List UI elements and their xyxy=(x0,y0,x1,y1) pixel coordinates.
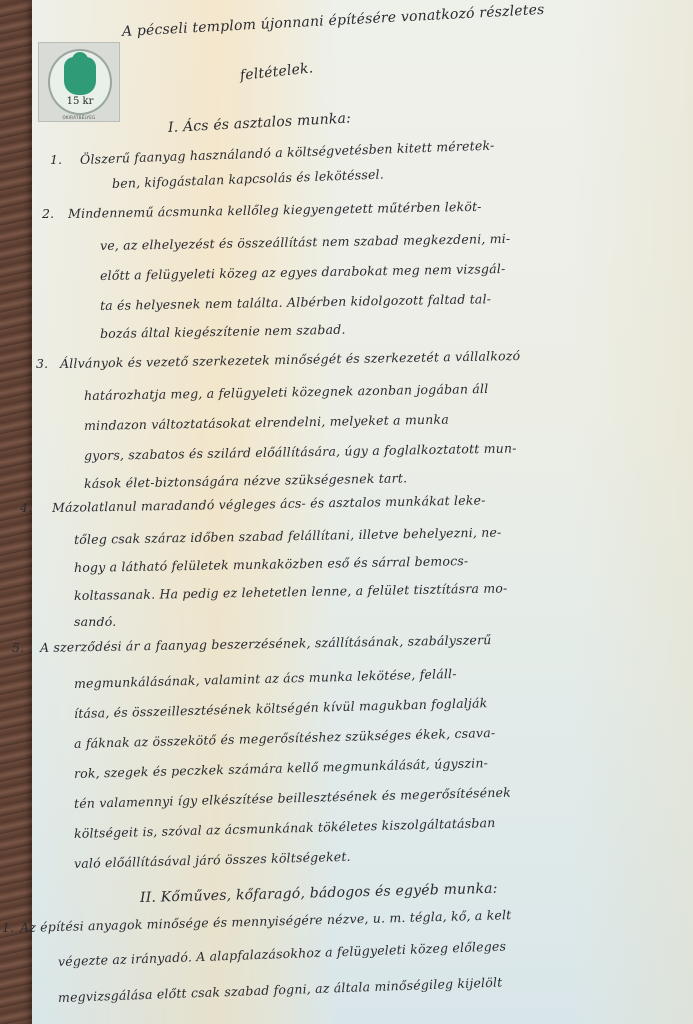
stamp-value: 15 kr xyxy=(50,96,110,107)
item-number: 1. xyxy=(50,152,62,167)
coat-of-arms-icon xyxy=(64,57,96,95)
item-number: 5. xyxy=(12,640,24,655)
item-number: 4. xyxy=(20,500,32,515)
revenue-stamp: 15 kr OKIRATBÉLYEG xyxy=(38,42,120,122)
item-number: 3. xyxy=(36,356,48,371)
stamp-legend: OKIRATBÉLYEG xyxy=(39,115,119,120)
item-number: 2. xyxy=(42,206,54,221)
item-number: 1. xyxy=(2,920,14,935)
item-line: sandó. xyxy=(74,614,116,629)
crown-icon xyxy=(72,52,88,62)
stamp-oval: 15 kr xyxy=(48,49,112,115)
